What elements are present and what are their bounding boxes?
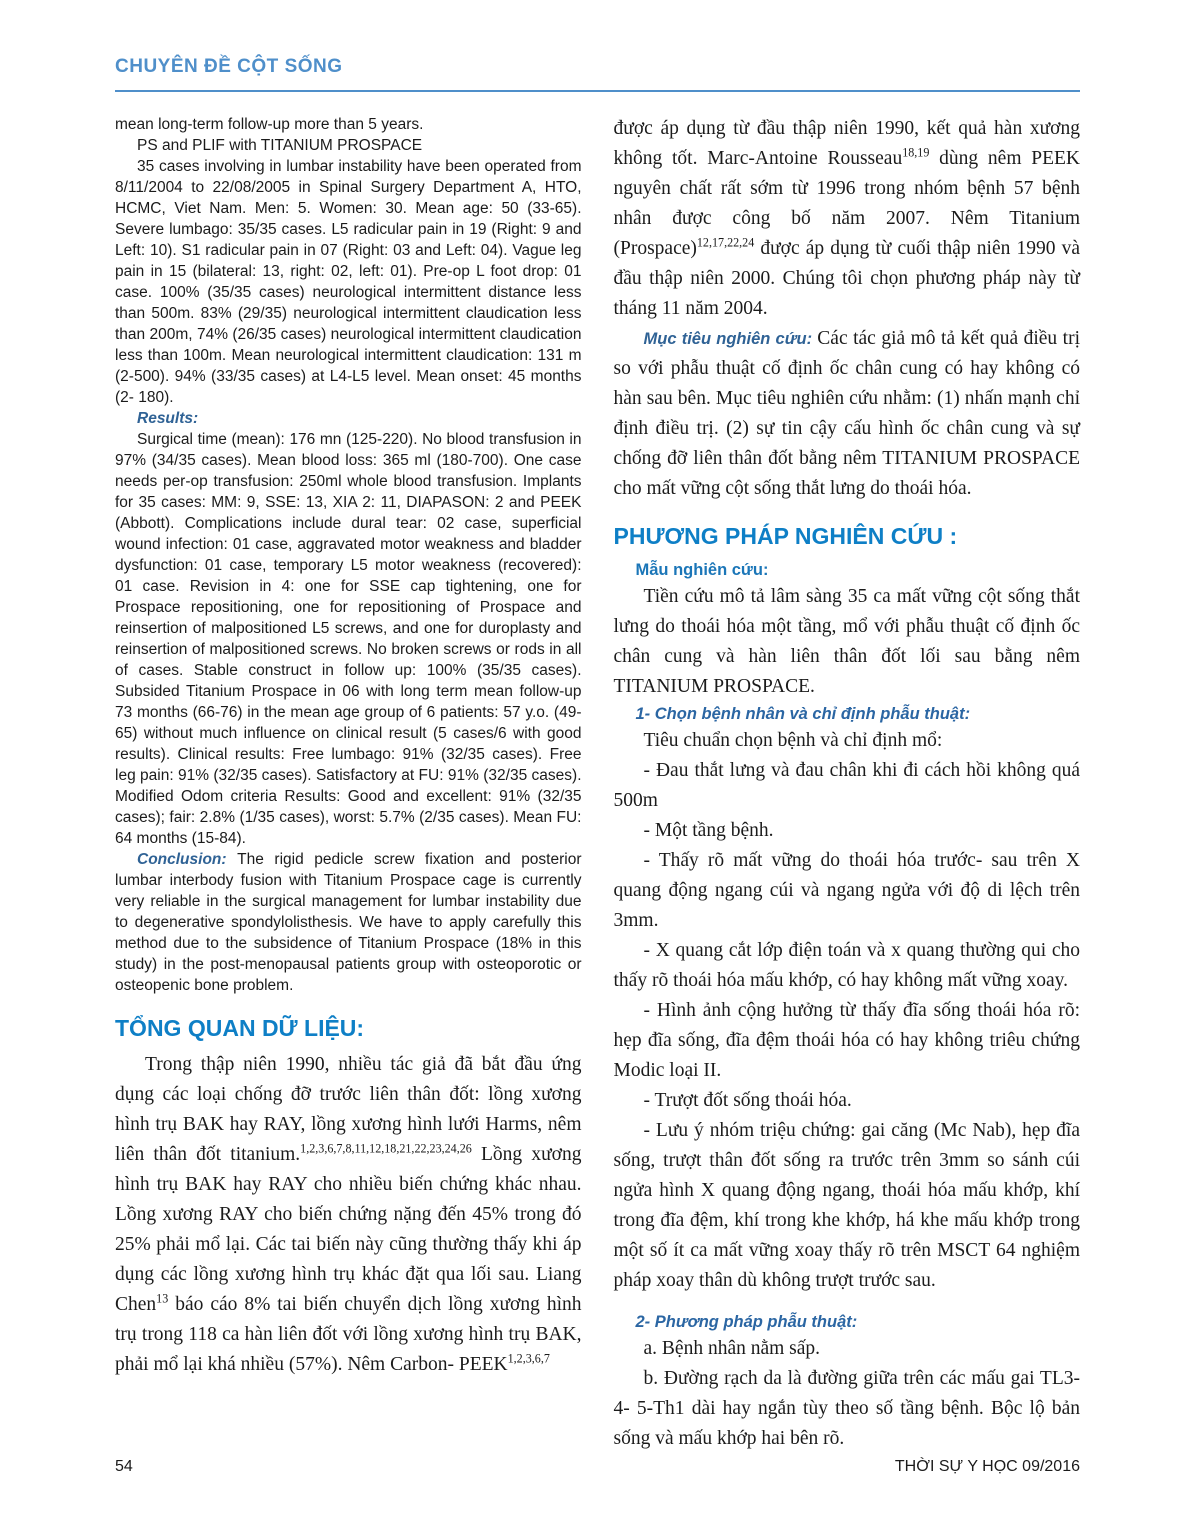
subsection-heading: 1- Chọn bệnh nhân và chỉ định phẫu thuật… <box>614 702 1081 726</box>
paragraph: b. Đường rạch da là đường giữa trên các … <box>614 1364 1081 1454</box>
paragraph: mean long-term follow-up more than 5 yea… <box>115 114 582 135</box>
paragraph: 35 cases involving in lumbar instability… <box>115 156 582 408</box>
paragraph: Surgical time (mean): 176 mn (125-220). … <box>115 429 582 849</box>
paragraph: - Thấy rõ mất vững do thoái hóa trước- s… <box>614 846 1081 936</box>
inline-lead-label: Results: <box>137 410 198 427</box>
paragraph: - Một tầng bệnh. <box>614 816 1081 846</box>
paragraph: được áp dụng từ đầu thập niên 1990, kết … <box>614 114 1081 324</box>
paragraph: - Lưu ý nhóm triệu chứng: gai căng (Mc N… <box>614 1116 1081 1296</box>
page-footer: 54 THỜI SỰ Y HỌC 09/2016 <box>115 1458 1080 1476</box>
citation-superscript: 18,19 <box>902 146 929 160</box>
section-heading: TỔNG QUAN DỮ LIỆU: <box>115 1014 582 1042</box>
citation-superscript: 12,17,22,24 <box>697 236 754 250</box>
subsection-heading: 2- Phương pháp phẫu thuật: <box>614 1310 1081 1334</box>
right-column: được áp dụng từ đầu thập niên 1990, kết … <box>614 114 1081 1454</box>
two-column-body: mean long-term follow-up more than 5 yea… <box>115 114 1080 1454</box>
citation-superscript: 1,2,3,6,7 <box>508 1352 550 1366</box>
paragraph: - Đau thắt lưng và đau chân khi đi cách … <box>614 756 1081 816</box>
page-number: 54 <box>115 1458 133 1476</box>
journal-page: CHUYÊN ĐỀ CỘT SỐNG mean long-term follow… <box>0 0 1189 1454</box>
paragraph: - Trượt đốt sống thoái hóa. <box>614 1086 1081 1116</box>
subsection-heading: Mẫu nghiên cứu: <box>614 558 1081 582</box>
paragraph: Trong thập niên 1990, nhiều tác giả đã b… <box>115 1050 582 1380</box>
paragraph: Results: <box>115 408 582 429</box>
citation-superscript: 1,2,3,6,7,8,11,12,18,21,22,23,24,26 <box>300 1142 472 1156</box>
paragraph: Mục tiêu nghiên cứu: Các tác giả mô tả k… <box>614 324 1081 504</box>
inline-lead-label: Conclusion: <box>137 851 237 868</box>
inline-lead-label: Mục tiêu nghiên cứu: <box>644 330 818 348</box>
paragraph: a. Bệnh nhân nằm sấp. <box>614 1334 1081 1364</box>
left-column: mean long-term follow-up more than 5 yea… <box>115 114 582 1380</box>
paragraph: - X quang cắt lớp điện toán và x quang t… <box>614 936 1081 996</box>
paragraph: Conclusion: The rigid pedicle screw fixa… <box>115 849 582 996</box>
paragraph: Tiêu chuẩn chọn bệnh và chỉ định mổ: <box>614 726 1081 756</box>
page-header: CHUYÊN ĐỀ CỘT SỐNG <box>115 56 1080 92</box>
paragraph: PS and PLIF with TITANIUM PROSPACE <box>115 135 582 156</box>
citation-superscript: 13 <box>156 1292 168 1306</box>
paragraph: Tiền cứu mô tả lâm sàng 35 ca mất vững c… <box>614 582 1081 702</box>
journal-name-issue: THỜI SỰ Y HỌC 09/2016 <box>895 1458 1080 1476</box>
section-banner-title: CHUYÊN ĐỀ CỘT SỐNG <box>115 56 1080 78</box>
section-heading: PHƯƠNG PHÁP NGHIÊN CỨU : <box>614 522 1081 550</box>
paragraph: - Hình ảnh cộng hưởng từ thấy đĩa sống t… <box>614 996 1081 1086</box>
